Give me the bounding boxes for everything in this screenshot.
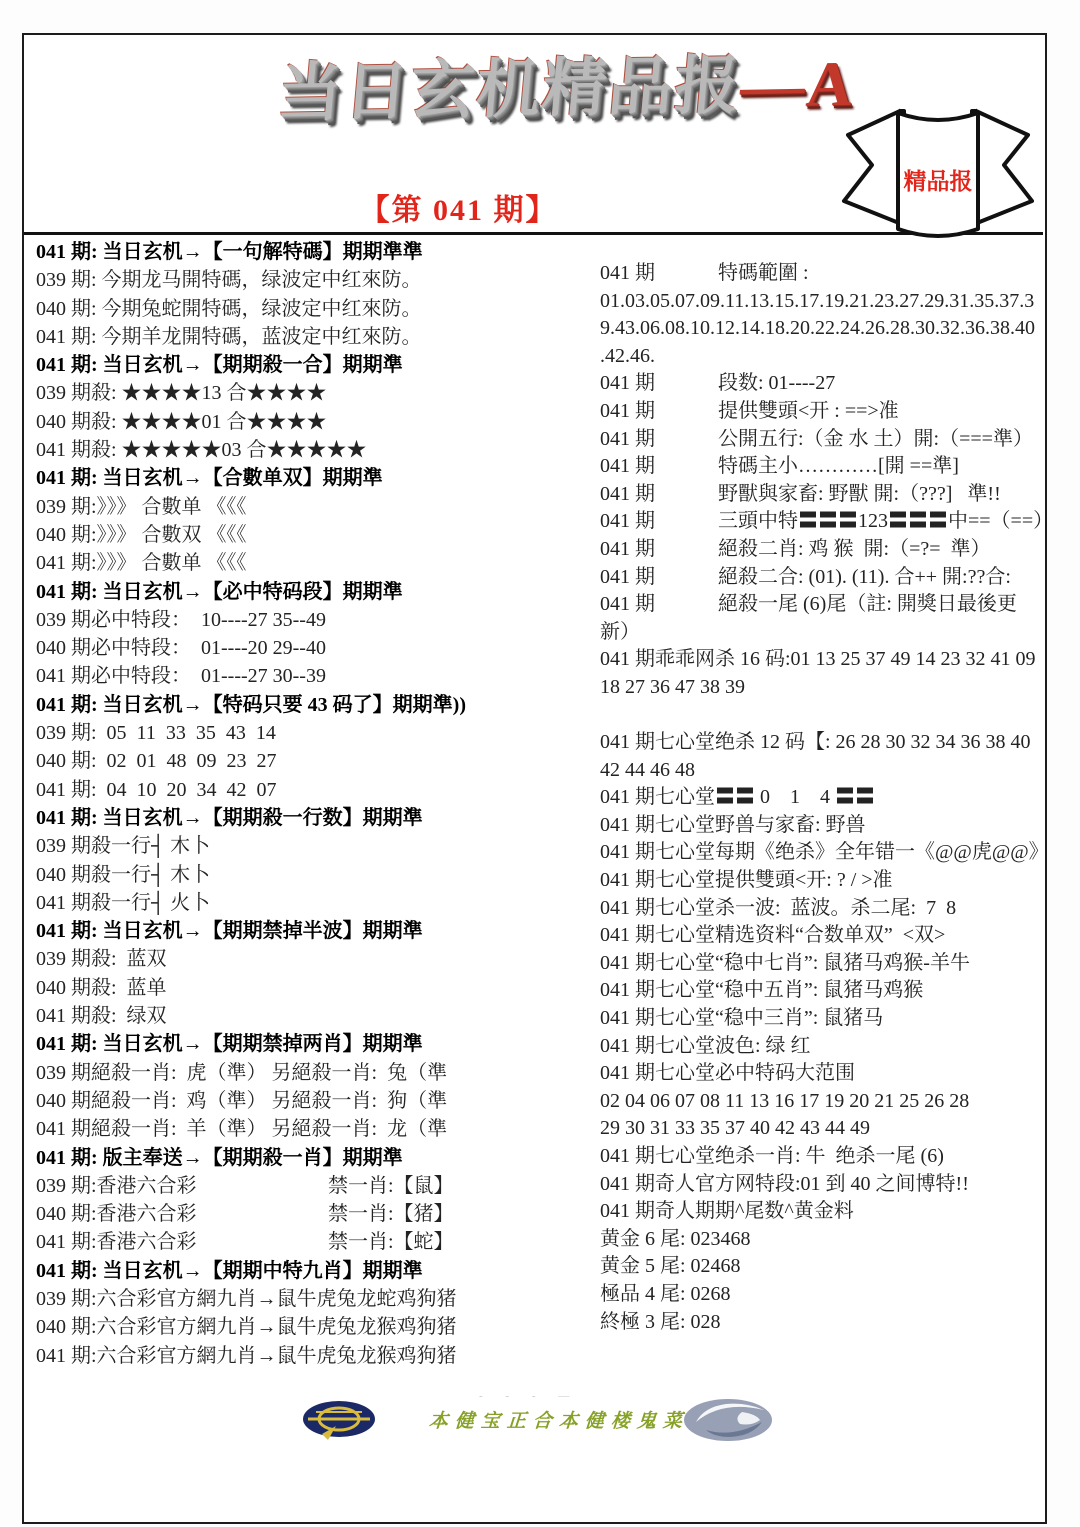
report-line: 041 期: 当日玄机→【期期禁掉半波】期期準 bbox=[36, 917, 576, 945]
issue-prefix: 041 期 bbox=[600, 481, 718, 509]
report-line: 041 期: 当日玄机→【合數单双】期期準 bbox=[36, 464, 576, 492]
issue-prefix: 041 期 bbox=[600, 564, 718, 592]
issue-prefix: 041 期 bbox=[600, 260, 718, 288]
report-line: 041 期七心堂野兽与家畜: 野兽 bbox=[600, 812, 1047, 840]
report-line: 041 期: 今期羊龙開特碼，蓝波定中红來防。 bbox=[36, 323, 576, 351]
header: 当日玄机精品报—A 【第 041 期】 精品报 bbox=[24, 35, 1043, 235]
report-line: 041 期: 当日玄机→【特码只要 43 码了】期期準)) bbox=[36, 691, 576, 719]
report-line: 040 期:香港六合彩禁一肖:【猪】 bbox=[36, 1200, 576, 1228]
page-title: 当日玄机精品报—A bbox=[274, 32, 859, 134]
report-line: 041 期: 版主奉送→【期期殺一肖】期期準 bbox=[36, 1144, 576, 1172]
report-line: 039 期:》》》 合數单 《《《 bbox=[36, 493, 576, 521]
report-line: 041 期乖乖网杀 16 码:01 13 25 37 49 14 23 32 4… bbox=[600, 646, 1047, 674]
report-line: 黄金 5 尾: 02468 bbox=[600, 1253, 1047, 1281]
report-line: 041 期特碼主小…………[開 ==準] bbox=[600, 453, 1047, 481]
report-line bbox=[600, 702, 1047, 730]
report-line: 黄金 6 尾: 023468 bbox=[600, 1226, 1047, 1254]
report-line: 041 期七心堂杀一波: 蓝波。杀二尾: 7 8 bbox=[600, 895, 1047, 923]
report-line: 039 期必中特段： 10----27 35--49 bbox=[36, 606, 576, 634]
report-line: .42.46. bbox=[600, 343, 1047, 371]
issue-prefix: 041 期 bbox=[600, 398, 718, 426]
report-line: 29 30 31 33 35 37 40 42 43 44 49 bbox=[600, 1115, 1047, 1143]
report-line: 039 期殺: 蓝双 bbox=[36, 945, 576, 973]
report-line: 041 期段数: 01----27 bbox=[600, 370, 1047, 398]
ban-zodiac-note: 禁一肖:【蛇】 bbox=[328, 1228, 454, 1256]
report-line: 041 期: 当日玄机→【必中特码段】期期準 bbox=[36, 578, 576, 606]
report-line: 01.03.05.07.09.11.13.15.17.19.21.23.27.2… bbox=[600, 288, 1047, 316]
report-line: 039 期絕殺一肖: 虎（準） 另絕殺一肖: 兔（準 bbox=[36, 1059, 576, 1087]
report-line: 041 期絕殺二肖: 鸡 猴 開:（=?= 準） bbox=[600, 536, 1047, 564]
issue-prefix: 041 期 bbox=[600, 453, 718, 481]
issue-prefix: 041 期 bbox=[600, 426, 718, 454]
report-line: 041 期七心堂“稳中五肖”: 鼠猪马鸡猴 bbox=[600, 977, 1047, 1005]
issue-prefix: 041 期 bbox=[600, 536, 718, 564]
report-line: 041 期提供雙頭<开 : ==>准 bbox=[600, 398, 1047, 426]
report-line: 041 期七心堂“稳中三肖”: 鼠猪马 bbox=[600, 1005, 1047, 1033]
issue-label: 【第 041 期】 bbox=[24, 185, 893, 229]
report-line: 039 期:六合彩官方網九肖→鼠牛虎兔龙蛇鸡狗猪 bbox=[36, 1285, 576, 1313]
report-line: 040 期:》》》 合數双 《《《 bbox=[36, 521, 576, 549]
report-line: 極品 4 尾: 0268 bbox=[600, 1281, 1047, 1309]
report-line: 9.43.06.08.10.12.14.18.20.22.24.26.28.30… bbox=[600, 315, 1047, 343]
left-column: 041 期: 当日玄机→【一句解特碼】期期準準 039 期: 今期龙马開特碼，绿… bbox=[36, 238, 576, 1370]
issue-prefix: 041 期 bbox=[600, 370, 718, 398]
report-line: 041 期: 当日玄机→【期期殺一行数】期期準 bbox=[36, 804, 576, 832]
report-line: 041 期: 当日玄机→【期期中特九肖】期期準 bbox=[36, 1257, 576, 1285]
right-column: 041 期特碼範圍 : 01.03.05.07.09.11.13.15.17.1… bbox=[600, 260, 1047, 1336]
report-line: 041 期: 04 10 20 34 42 07 bbox=[36, 776, 576, 804]
report-line: 041 期必中特段： 01----27 30--39 bbox=[36, 662, 576, 690]
report-line: 041 期七心堂精选资料“合数单双” <双> bbox=[600, 922, 1047, 950]
boutique-badge-scroll-icon: 精品报 bbox=[838, 83, 1038, 245]
report-line: 041 期: 当日玄机→【一句解特碼】期期準準 bbox=[36, 238, 576, 266]
report-line: 041 期殺一行┤ 火卜 bbox=[36, 889, 576, 917]
ban-zodiac-note: 禁一肖:【鼠】 bbox=[328, 1172, 454, 1200]
report-line: 041 期七心堂绝杀一肖: 牛 绝杀一尾 (6) bbox=[600, 1143, 1047, 1171]
report-line: 041 期七心堂每期《绝杀》全年错一《@@虎@@》 bbox=[600, 839, 1047, 867]
report-line: 041 期奇人官方网特段:01 到 40 之间博特!! bbox=[600, 1171, 1047, 1199]
badge-label: 精品报 bbox=[904, 168, 973, 194]
globe-logo-icon bbox=[682, 1398, 774, 1444]
report-line: 041 期絕殺一尾 (6)尾（註: 開獎日最後更 bbox=[600, 591, 1047, 619]
report-line: 039 期: 05 11 33 35 43 14 bbox=[36, 719, 576, 747]
report-line: 041 期七心堂波色: 绿 红 bbox=[600, 1033, 1047, 1061]
scanned-lottery-sheet: { "colors":{"accent_red":"#e2251b","titl… bbox=[0, 0, 1080, 1527]
report-line: 039 期殺一行┤ 木卜 bbox=[36, 832, 576, 860]
report-line: 42 44 46 48 bbox=[600, 757, 1047, 785]
report-line: 040 期必中特段： 01----20 29--40 bbox=[36, 634, 576, 662]
report-line: 041 期殺: ★★★★★03 合★★★★★ bbox=[36, 436, 576, 464]
report-line: 041 期殺: 绿双 bbox=[36, 1002, 576, 1030]
report-line: 039 期: 今期龙马開特碼，绿波定中红來防。 bbox=[36, 266, 576, 294]
report-line: 041 期:香港六合彩禁一肖:【蛇】 bbox=[36, 1228, 576, 1256]
report-line: 041 期七心堂〓〓 0 1 4 〓〓 bbox=[600, 784, 1047, 812]
report-line: 041 期絕殺一肖: 羊（準） 另絕殺一肖: 龙（準 bbox=[36, 1115, 576, 1143]
issue-prefix: 041 期 bbox=[600, 591, 718, 619]
report-line: 02 04 06 07 08 11 13 16 17 19 20 21 25 2… bbox=[600, 1088, 1047, 1116]
report-line: 041 期: 当日玄机→【期期禁掉两肖】期期準 bbox=[36, 1030, 576, 1058]
report-line: 041 期七心堂提供雙頭<开: ? / >准 bbox=[600, 867, 1047, 895]
scan-smudge: - - - — bbox=[479, 1390, 579, 1402]
report-line: 041 期特碼範圍 : bbox=[600, 260, 1047, 288]
report-line: 041 期: 当日玄机→【期期殺一合】期期準 bbox=[36, 351, 576, 379]
report-line: 終極 3 尾: 028 bbox=[600, 1309, 1047, 1337]
report-line: 041 期野獸與家畜: 野獸 開:（???] 準!! bbox=[600, 481, 1047, 509]
report-line: 041 期:》》》 合數单 《《《 bbox=[36, 549, 576, 577]
report-line: 041 期七心堂必中特码大范围 bbox=[600, 1060, 1047, 1088]
footer: - - - — 本健宝正合本健楼鬼菜证东 bbox=[24, 1390, 1045, 1460]
report-line: 新） bbox=[600, 619, 1047, 647]
report-line: 040 期: 02 01 48 09 23 27 bbox=[36, 747, 576, 775]
issue-prefix: 041 期 bbox=[600, 508, 718, 536]
report-line: 040 期殺: ★★★★01 合★★★★ bbox=[36, 408, 576, 436]
report-line: 041 期公開五行:（金 水 土）開:（===準） bbox=[600, 426, 1047, 454]
report-line: 040 期:六合彩官方網九肖→鼠牛虎兔龙猴鸡狗猪 bbox=[36, 1313, 576, 1341]
emblem-logo-icon bbox=[302, 1400, 376, 1442]
report-line: 040 期殺一行┤ 木卜 bbox=[36, 861, 576, 889]
report-line: 041 期絕殺二合: (01). (11). 合++ 開:??合: bbox=[600, 564, 1047, 592]
page-title-main: 当日玄机精品报 bbox=[275, 50, 744, 129]
report-line: 041 期七心堂“稳中七肖”: 鼠猪马鸡猴-羊牛 bbox=[600, 950, 1047, 978]
ban-zodiac-note: 禁一肖:【猪】 bbox=[328, 1200, 454, 1228]
report-line: 039 期殺: ★★★★13 合★★★★ bbox=[36, 379, 576, 407]
report-line: 039 期:香港六合彩禁一肖:【鼠】 bbox=[36, 1172, 576, 1200]
report-line: 040 期殺: 蓝单 bbox=[36, 974, 576, 1002]
report-line: 041 期七心堂绝杀 12 码【: 26 28 30 32 34 36 38 4… bbox=[600, 729, 1047, 757]
report-line: 040 期絕殺一肖: 鸡（準） 另絕殺一肖: 狗（準 bbox=[36, 1087, 576, 1115]
report-line: 041 期:六合彩官方網九肖→鼠牛虎兔龙猴鸡狗猪 bbox=[36, 1342, 576, 1370]
report-line: 041 期奇人期期^尾数^黄金料 bbox=[600, 1198, 1047, 1226]
report-line: 041 期三頭中特〓〓〓123〓〓〓中==（==） bbox=[600, 508, 1047, 536]
report-line: 18 27 36 47 38 39 bbox=[600, 674, 1047, 702]
report-line: 040 期: 今期兔蛇開特碼，绿波定中红來防。 bbox=[36, 295, 576, 323]
